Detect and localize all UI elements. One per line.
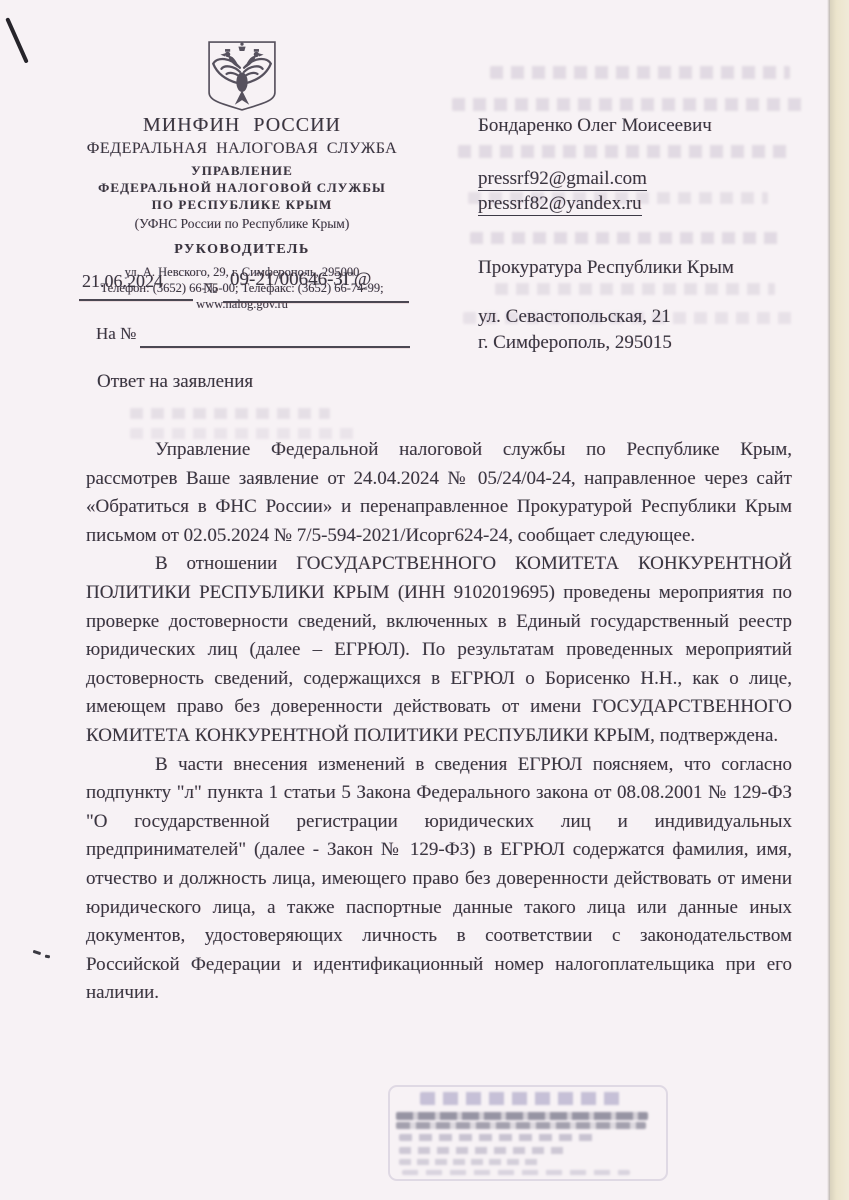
reply-to-underline (140, 346, 410, 348)
email-text: pressrf92@gmail.com (478, 168, 647, 191)
date-underline (79, 299, 193, 301)
email-text: pressrf82@yandex.ru (478, 193, 642, 216)
body-paragraph-3: В части внесения изменений в сведения ЕГ… (86, 751, 792, 1008)
letterhead-ministry: МИНФИН РОССИИ (68, 114, 416, 137)
letter-body: Управление Федеральной налоговой службы … (86, 436, 792, 1008)
letterhead-position: РУКОВОДИТЕЛЬ (68, 242, 416, 258)
pen-mark-top-left (5, 17, 28, 63)
number-underline (223, 301, 409, 303)
russia-coat-of-arms-icon (206, 40, 278, 112)
recipient-address-1: ул. Севастопольская, 21 (478, 306, 671, 328)
letterhead-department: УПРАВЛЕНИЕ (68, 163, 416, 179)
body-paragraph-2: В отношении ГОСУДАРСТВЕННОГО КОМИТЕТА КО… (86, 550, 792, 750)
recipient-email-1: pressrf92@gmail.com (478, 168, 647, 190)
bleed-through-line (452, 98, 802, 111)
letterhead-short-name: (УФНС России по Республике Крым) (68, 216, 416, 232)
letter-date: 21.06.2024 (82, 271, 163, 292)
scanned-letter-page: МИНФИН РОССИИ ФЕДЕРАЛЬНАЯ НАЛОГОВАЯ СЛУЖ… (0, 0, 849, 1200)
page-edge-stripe (830, 0, 849, 1200)
bleed-through-line (458, 145, 793, 158)
bleed-through-line (130, 408, 330, 419)
pen-dash-left-margin (33, 950, 41, 955)
letter-subject: Ответ на заявления (97, 371, 253, 393)
stamp-bleed-line (399, 1134, 594, 1141)
letterhead-service: ФЕДЕРАЛЬНАЯ НАЛОГОВАЯ СЛУЖБА (68, 140, 416, 158)
pen-dash-left-margin (45, 955, 50, 958)
letterhead-department: ФЕДЕРАЛЬНОЙ НАЛОГОВОЙ СЛУЖБЫ (68, 180, 416, 196)
recipient-email-2: pressrf82@yandex.ru (478, 193, 642, 215)
bleed-through-line (490, 66, 790, 79)
bleed-through-line (495, 283, 775, 295)
stamp-bleed-line (396, 1122, 646, 1129)
letter-number: 09-21/00646-ЗГ@ (230, 269, 371, 291)
stamp-bleed-line (396, 1112, 648, 1120)
stamp-bleed-line (402, 1170, 630, 1175)
bleed-through-line (470, 232, 780, 244)
recipient-person: Бондаренко Олег Моисеевич (478, 115, 712, 137)
stamp-bleed-line (420, 1092, 625, 1105)
recipient-address-2: г. Симферополь, 295015 (478, 332, 672, 354)
recipient-organization: Прокуратура Республики Крым (478, 257, 734, 279)
stamp-bleed-line (399, 1159, 539, 1165)
body-paragraph-1: Управление Федеральной налоговой службы … (86, 436, 792, 550)
letterhead-department: ПО РЕСПУБЛИКЕ КРЫМ (68, 197, 416, 213)
stamp-bleed-line (399, 1147, 564, 1154)
number-sign: № (203, 281, 217, 298)
reply-to-label: На № (96, 324, 136, 344)
